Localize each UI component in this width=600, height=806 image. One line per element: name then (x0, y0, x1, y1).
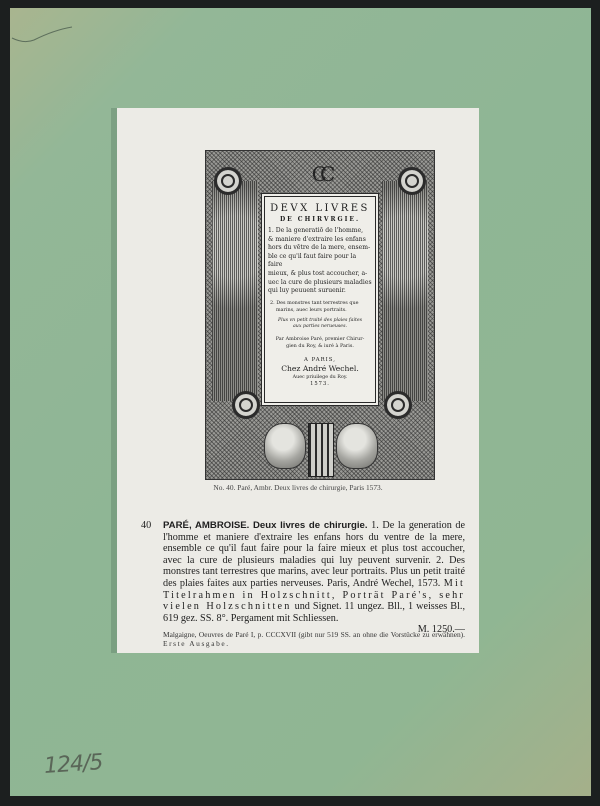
title-page-subtitle: DE CHIRVRGIE. (268, 216, 372, 223)
cherub-right (336, 423, 378, 469)
title-page-part1: 1. De la generatiō de l'homme, & maniere… (268, 227, 372, 296)
bibliographic-note: Malgaigne, Oeuvres de Paré I, p. CCCXVII… (163, 630, 465, 648)
title-page-privilege: Auec priuilege du Roy. (268, 375, 372, 380)
pencil-inventory-number: 124/5 (43, 750, 103, 779)
note-first-edition: Erste Ausgabe. (163, 639, 230, 648)
entry-number: 40 (141, 520, 151, 532)
woodcut-left-column (212, 181, 258, 401)
title-page-year: 1573. (268, 381, 372, 387)
pencil-scribble-mark (10, 8, 90, 48)
monogram-emblem: CC (303, 161, 337, 187)
title-page-text-panel: DEVX LIVRES DE CHIRVRGIE. 1. De la gener… (264, 196, 376, 403)
part1-line: qui luy peuuent suruenir. (268, 287, 372, 296)
note-text: Malgaigne, Oeuvres de Paré I, p. CCCXVII… (163, 630, 465, 639)
scroll-ornament-top-left (214, 167, 242, 195)
part1-line: ble ce qu'il faut faire pour la faire (268, 253, 372, 270)
part1-line: uec la cure de plusieurs maladies (268, 279, 372, 288)
part1-line: 1. De la generatiō de l'homme, (268, 227, 372, 236)
green-mat-board: CC DEVX LIVRES DE CHIRVRGIE. 1. De la ge… (10, 8, 591, 796)
title-page-city: A PARIS, (268, 357, 372, 363)
catalogue-card: CC DEVX LIVRES DE CHIRVRGIE. 1. De la ge… (117, 108, 479, 653)
woodcut-title-frame: CC DEVX LIVRES DE CHIRVRGIE. 1. De la ge… (205, 150, 435, 480)
title-page-title: DEVX LIVRES (268, 203, 372, 214)
title-page-author: Par Ambroise Paré, premier Chirur- gien … (268, 336, 372, 350)
part2-line: marins, auec leurs portraits. (270, 307, 372, 314)
part2-line: 2. Des monstres tant terrestres que (270, 300, 372, 307)
entry-title: Deux livres de chirurgie. (253, 520, 368, 531)
part1-line: hors du vētre de la mere, ensem- (268, 244, 372, 253)
title-page-publisher: Chez André Wechel. (268, 364, 372, 373)
scroll-ornament-bottom-left (232, 391, 260, 419)
scroll-ornament-bottom-right (384, 391, 412, 419)
part1-line: & maniere d'extraire les enfans (268, 236, 372, 245)
author-line: gien du Roy, & iuré à Paris. (268, 343, 372, 350)
cherub-left (264, 423, 306, 469)
title-page-part2: 2. Des monstres tant terrestres que mari… (268, 300, 372, 314)
illustration-caption: No. 40. Paré, Ambr. Deux livres de chiru… (117, 483, 479, 492)
woodcut-right-column (382, 181, 428, 401)
scroll-ornament-top-right (398, 167, 426, 195)
central-pillar (308, 423, 334, 477)
italic-line: aux parties nerueuses. (268, 324, 372, 331)
entry-author: PARÉ, AMBROISE. (163, 520, 249, 531)
part1-line: mieux, & plus tost accoucher, a- (268, 270, 372, 279)
author-line: Par Ambroise Paré, premier Chirur- (268, 336, 372, 343)
catalogue-entry: 40 PARÉ, AMBROISE. Deux livres de chirur… (163, 520, 465, 636)
title-page-italic-note: Plus vn petit traité des plaies faites a… (268, 318, 372, 331)
